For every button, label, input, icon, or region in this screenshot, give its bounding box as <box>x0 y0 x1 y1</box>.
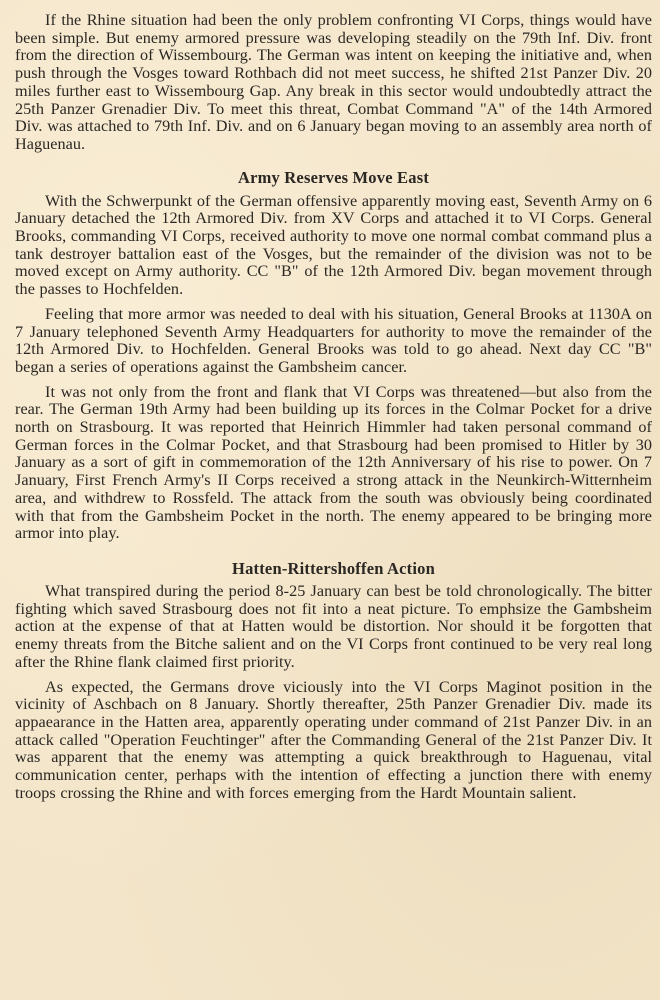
paragraph: With the Schwerpunkt of the German offen… <box>15 193 652 299</box>
section-heading-army-reserves: Army Reserves Move East <box>15 168 652 188</box>
intro-paragraph: If the Rhine situation had been the only… <box>15 12 652 154</box>
document-page: If the Rhine situation had been the only… <box>0 0 660 1000</box>
section-heading-hatten-rittershoffen: Hatten-Rittershoffen Action <box>15 559 652 579</box>
paragraph: Feeling that more armor was needed to de… <box>15 306 652 377</box>
paragraph: It was not only from the front and flank… <box>15 384 652 543</box>
paragraph: What transpired during the period 8-25 J… <box>15 583 652 672</box>
paragraph: As expected, the Germans drove viciously… <box>15 679 652 803</box>
